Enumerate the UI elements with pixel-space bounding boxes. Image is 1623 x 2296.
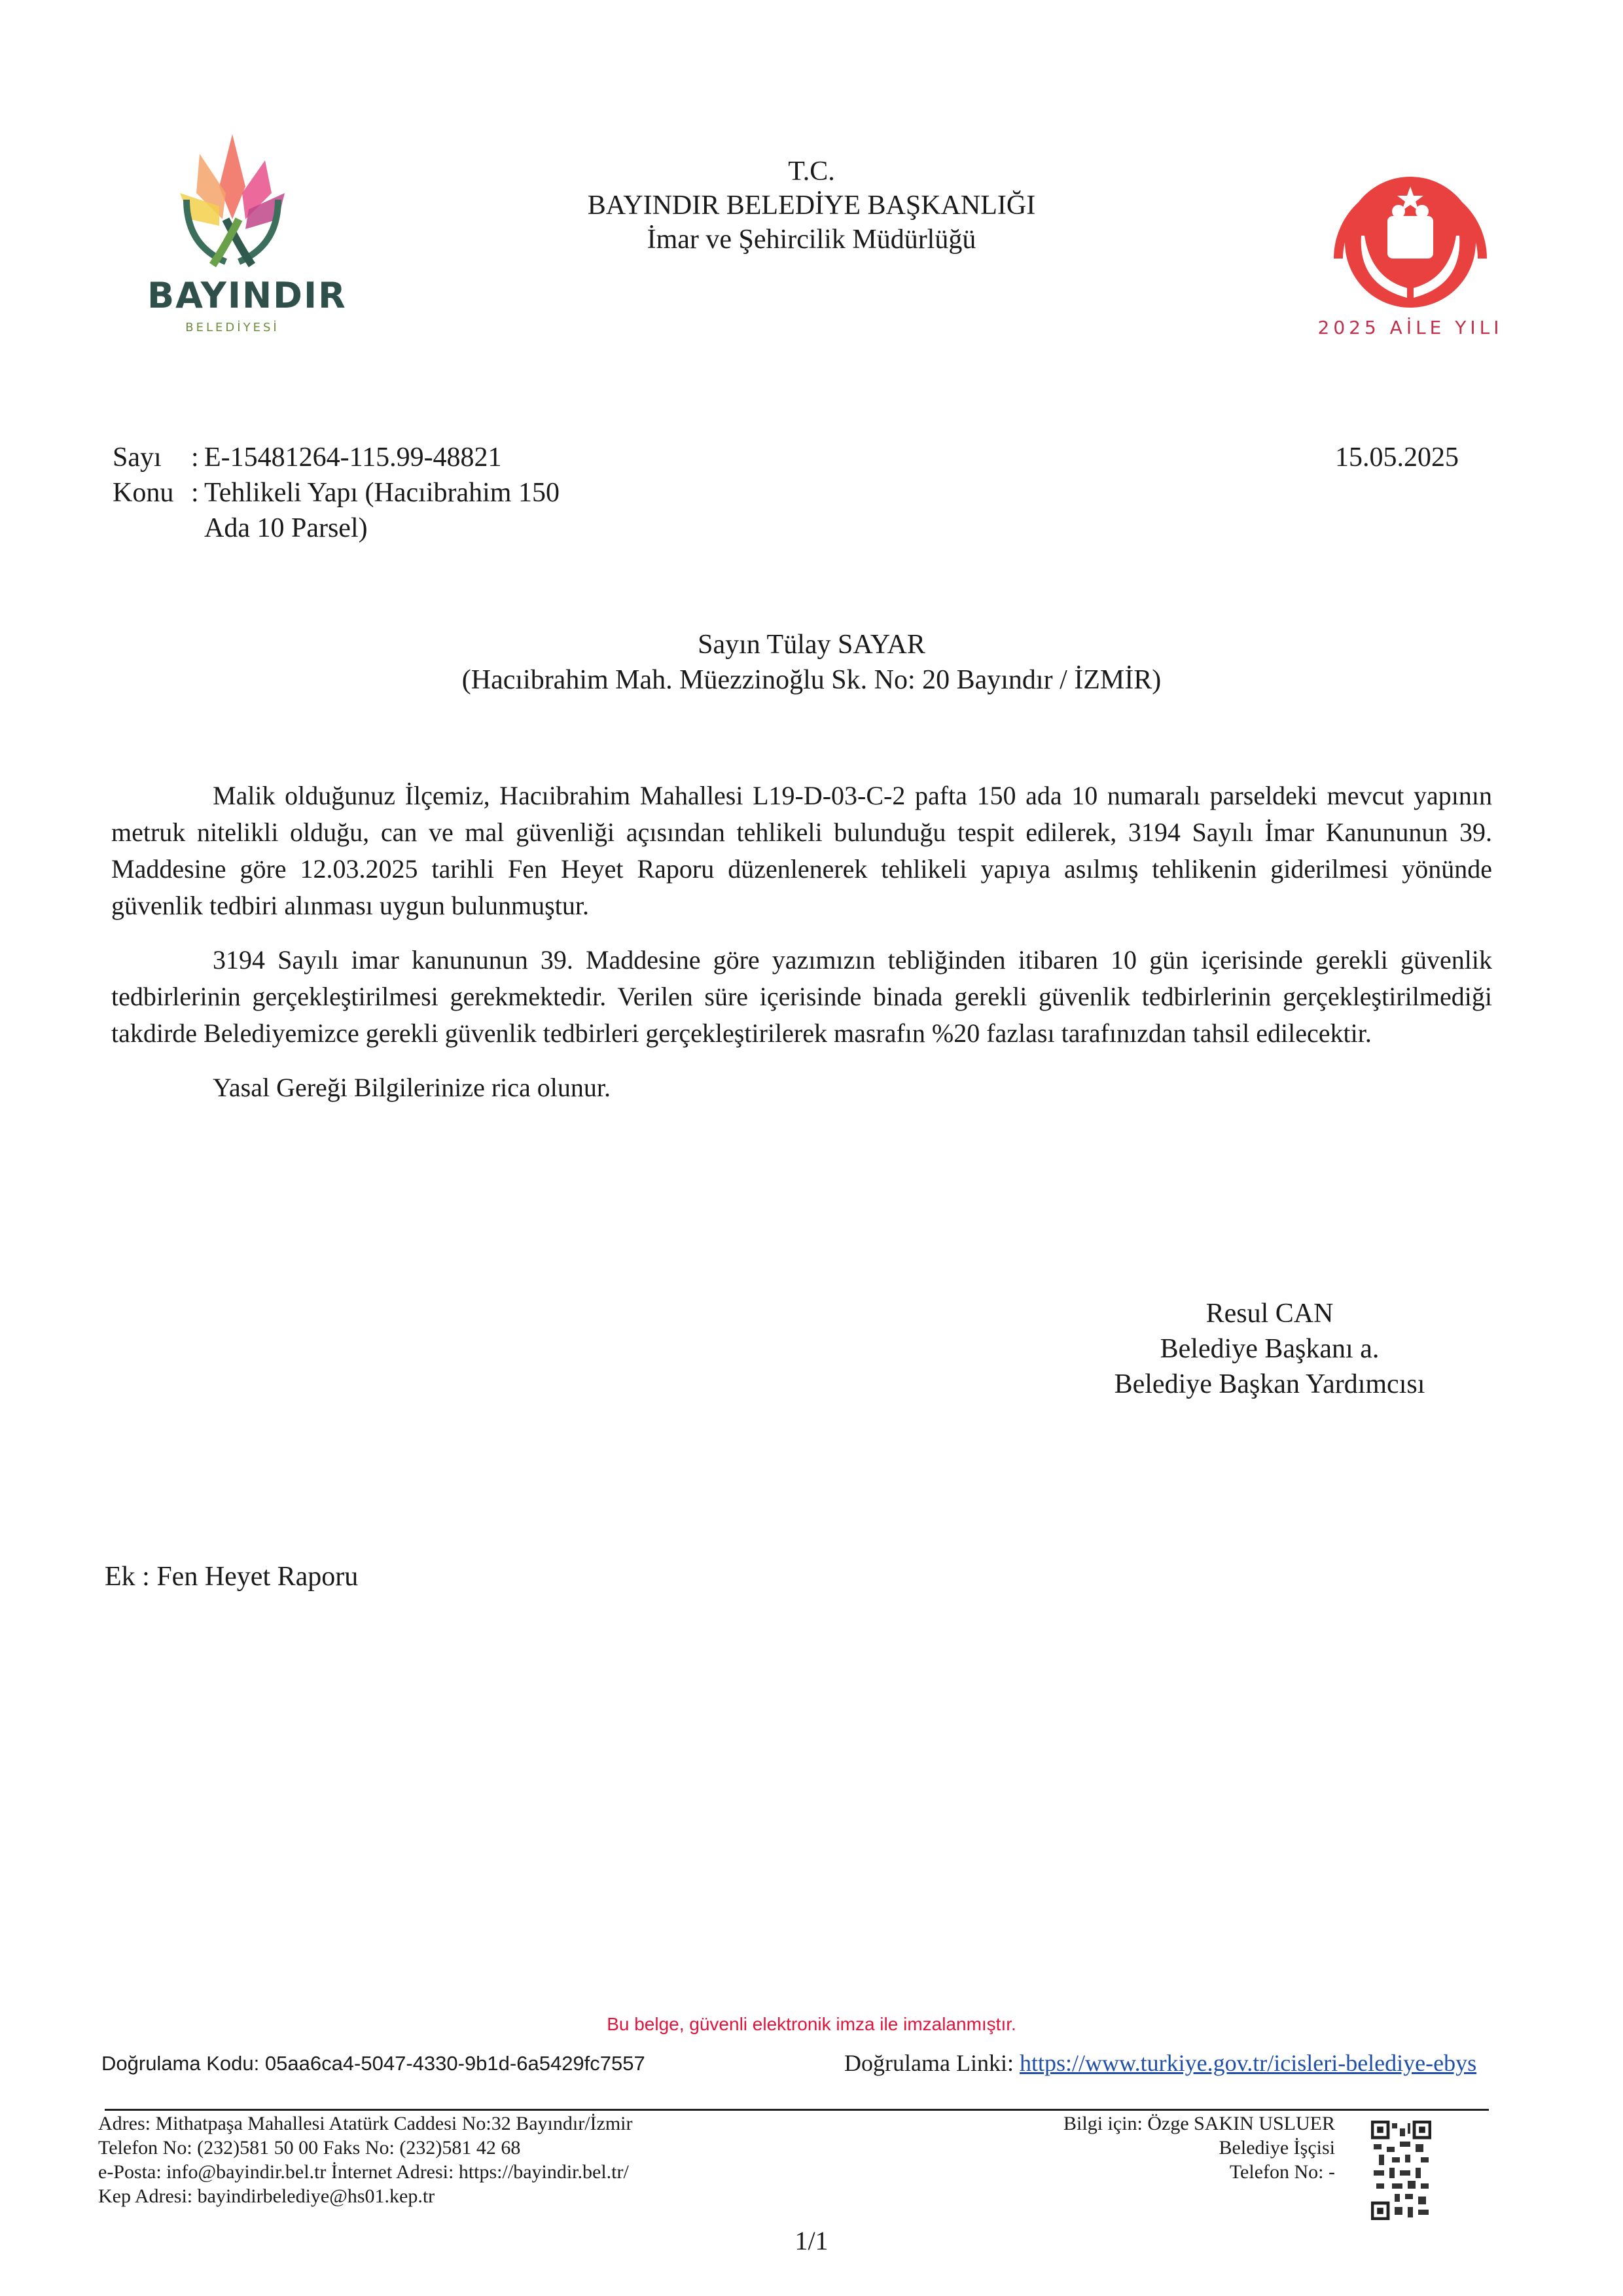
contact-kep: Kep Adresi: bayindirbelediye@hs01.kep.tr [98, 2184, 633, 2208]
info-person: Bilgi için: Özge SAKIN USLUER [1021, 2111, 1335, 2136]
page-number: 1/1 [0, 2225, 1623, 2256]
bayindir-municipality-logo: BAYINDIR BELEDİYESİ [147, 121, 317, 337]
document-date: 15.05.2025 [1335, 440, 1459, 475]
recipient-name: Sayın Tülay SAYAR [262, 627, 1361, 662]
closing-paragraph: Yasal Gereği Bilgilerinize rica olunur. [111, 1069, 1492, 1106]
verification-code: Doğrulama Kodu: 05aa6ca4-5047-4330-9b1d-… [101, 2052, 645, 2075]
letterhead-institution: BAYINDIR BELEDİYE BAŞKANLIĞI [419, 188, 1204, 223]
signatory-name: Resul CAN [1047, 1296, 1492, 1331]
signatory-position: Belediye Başkan Yardımcısı [1047, 1367, 1492, 1402]
letterhead-department: İmar ve Şehircilik Müdürlüğü [419, 223, 1204, 257]
recipient-address: (Hacıibrahim Mah. Müezzinoğlu Sk. No: 20… [262, 662, 1361, 698]
signatory-title: Belediye Başkanı a. [1047, 1331, 1492, 1367]
subject-label: Konu [113, 475, 191, 546]
document-number: E-15481264-115.99-48821 [204, 440, 780, 475]
letter-body: Malik olduğunuz İlçemiz, Hacıibrahim Mah… [111, 778, 1492, 1124]
info-role: Belediye İşçisi [1021, 2136, 1335, 2160]
logo-subtitle: BELEDİYESİ [147, 321, 317, 334]
family-hands-emblem-icon: 2025 AİLE YILI [1319, 147, 1502, 344]
letterhead: T.C. BAYINDIR BELEDİYE BAŞKANLIĞI İmar v… [419, 154, 1204, 257]
info-contact: Bilgi için: Özge SAKIN USLUER Belediye İ… [1021, 2111, 1335, 2184]
signature-block: Resul CAN Belediye Başkanı a. Belediye B… [1047, 1296, 1492, 1402]
family-year-2025-logo: 2025 AİLE YILI [1319, 147, 1502, 344]
document-meta: Sayı : E-15481264-115.99-48821 Konu : Te… [113, 440, 780, 546]
contact-phone: Telefon No: (232)581 50 00 Faks No: (232… [98, 2136, 633, 2160]
number-label: Sayı [113, 440, 191, 475]
info-phone: Telefon No: - [1021, 2160, 1335, 2184]
lotus-wreath-icon [160, 121, 304, 272]
footer-divider [105, 2109, 1489, 2111]
contact-email: e-Posta: info@bayindir.bel.tr İnternet A… [98, 2160, 633, 2184]
svg-text:2025 AİLE YILI: 2025 AİLE YILI [1319, 317, 1502, 338]
body-paragraph: Malik olduğunuz İlçemiz, Hacıibrahim Mah… [111, 778, 1492, 924]
document-subject: Tehlikeli Yapı (Hacıibrahim 150 Ada 10 P… [204, 475, 610, 546]
logo-wordmark: BAYINDIR [147, 275, 317, 316]
verification-link[interactable]: https://www.turkiye.gov.tr/icisleri-bele… [1020, 2050, 1476, 2076]
body-paragraph: 3194 Sayılı imar kanununun 39. Maddesine… [111, 942, 1492, 1052]
attachment-note: Ek : Fen Heyet Raporu [105, 1559, 358, 1594]
qr-code-icon [1371, 2121, 1431, 2220]
esignature-notice: Bu belge, güvenli elektronik imza ile im… [0, 2014, 1623, 2035]
recipient-block: Sayın Tülay SAYAR (Hacıibrahim Mah. Müez… [262, 627, 1361, 698]
verification-link-block: Doğrulama Linki: https://www.turkiye.gov… [844, 2049, 1476, 2077]
contact-address: Adres: Mithatpaşa Mahallesi Atatürk Cadd… [98, 2111, 633, 2136]
contact-info: Adres: Mithatpaşa Mahallesi Atatürk Cadd… [98, 2111, 633, 2208]
verification-link-label: Doğrulama Linki: [844, 2050, 1014, 2076]
letterhead-state: T.C. [419, 154, 1204, 188]
